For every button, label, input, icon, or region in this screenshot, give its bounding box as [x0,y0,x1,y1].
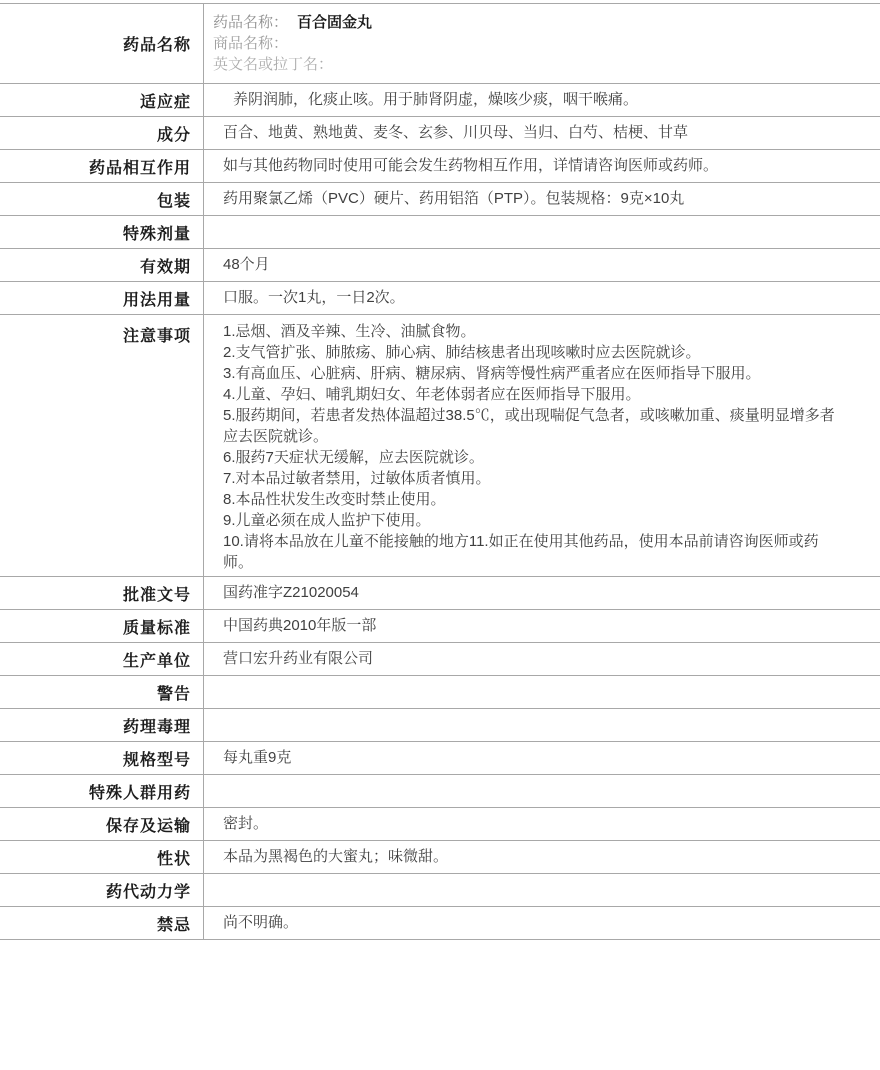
table-row: 质量标准中国药典2010年版一部 [0,610,880,643]
table-row: 有效期48个月 [0,249,880,282]
field-label: 药品名称： [213,14,288,31]
row-label: 药代动力学 [0,874,204,906]
value-text: 国药准字Z21020054 [223,583,880,603]
note-item: 9.儿童必须在成人监护下使用。 [223,510,835,531]
table-row: 药品相互作用如与其他药物同时使用可能会发生药物相互作用，详情请咨询医师或药师。 [0,150,880,183]
row-label: 适应症 [0,84,204,116]
table-row: 包装药用聚氯乙烯（PVC）硬片、药用铝箔（PTP）。包装规格：9克×10丸 [0,183,880,216]
row-value: 药品名称：百合固金丸商品名称：英文名或拉丁名： [204,4,880,83]
row-label: 质量标准 [0,610,204,642]
value-text: 48个月 [223,255,880,275]
field-value: 百合固金丸 [297,14,372,31]
value-text: 药用聚氯乙烯（PVC）硬片、药用铝箔（PTP）。包装规格：9克×10丸 [223,189,880,209]
table-row: 成分百合、地黄、熟地黄、麦冬、玄参、川贝母、当归、白芍、桔梗、甘草 [0,117,880,150]
row-value [204,216,880,248]
table-row: 药理毒理 [0,709,880,742]
row-label: 警告 [0,676,204,708]
drug-name-line: 商品名称： [213,33,880,54]
row-value: 口服。一次1丸，一日2次。 [204,282,880,314]
row-value: 中国药典2010年版一部 [204,610,880,642]
value-text: 密封。 [223,814,880,834]
table-row: 药代动力学 [0,874,880,907]
value-text: 营口宏升药业有限公司 [223,649,880,669]
value-text: 如与其他药物同时使用可能会发生药物相互作用，详情请咨询医师或药师。 [223,156,880,176]
table-row: 性状本品为黑褐色的大蜜丸；味微甜。 [0,841,880,874]
drug-info-table: 药品名称药品名称：百合固金丸商品名称：英文名或拉丁名：适应症养阴润肺，化痰止咳。… [0,3,880,940]
value-text: 每丸重9克 [223,748,880,768]
table-row: 警告 [0,676,880,709]
value-text: 养阴润肺，化痰止咳。用于肺肾阴虚，燥咳少痰，咽干喉痛。 [223,90,880,110]
note-item: 5.服药期间，若患者发热体温超过38.5℃，或出现喘促气急者，或咳嗽加重、痰量明… [223,405,835,447]
drug-name-line: 英文名或拉丁名： [213,54,880,75]
row-label: 注意事项 [0,315,204,576]
value-text: 百合、地黄、熟地黄、麦冬、玄参、川贝母、当归、白芍、桔梗、甘草 [223,123,880,143]
row-value [204,874,880,906]
row-value: 营口宏升药业有限公司 [204,643,880,675]
table-row: 保存及运输密封。 [0,808,880,841]
row-label: 用法用量 [0,282,204,314]
note-item: 8.本品性状发生改变时禁止使用。 [223,489,835,510]
value-text: 本品为黑褐色的大蜜丸；味微甜。 [223,847,880,867]
row-label: 包装 [0,183,204,215]
row-label: 性状 [0,841,204,873]
row-value: 百合、地黄、熟地黄、麦冬、玄参、川贝母、当归、白芍、桔梗、甘草 [204,117,880,149]
row-value: 养阴润肺，化痰止咳。用于肺肾阴虚，燥咳少痰，咽干喉痛。 [204,84,880,116]
row-value: 1.忌烟、酒及辛辣、生冷、油腻食物。2.支气管扩张、肺脓疡、肺心病、肺结核患者出… [204,315,880,576]
row-value [204,676,880,708]
row-label: 特殊剂量 [0,216,204,248]
row-label: 规格型号 [0,742,204,774]
row-value: 国药准字Z21020054 [204,577,880,609]
table-row: 注意事项1.忌烟、酒及辛辣、生冷、油腻食物。2.支气管扩张、肺脓疡、肺心病、肺结… [0,315,880,577]
table-row: 适应症养阴润肺，化痰止咳。用于肺肾阴虚，燥咳少痰，咽干喉痛。 [0,84,880,117]
row-label: 有效期 [0,249,204,281]
note-item: 4.儿童、孕妇、哺乳期妇女、年老体弱者应在医师指导下服用。 [223,384,835,405]
value-text: 尚不明确。 [223,913,880,933]
note-item: 1.忌烟、酒及辛辣、生冷、油腻食物。 [223,321,835,342]
table-row: 生产单位营口宏升药业有限公司 [0,643,880,676]
table-row: 规格型号每丸重9克 [0,742,880,775]
row-value [204,775,880,807]
row-label: 药理毒理 [0,709,204,741]
note-item: 7.对本品过敏者禁用，过敏体质者慎用。 [223,468,835,489]
row-label: 生产单位 [0,643,204,675]
value-text: 中国药典2010年版一部 [223,616,880,636]
table-row: 禁忌尚不明确。 [0,907,880,940]
row-label: 保存及运输 [0,808,204,840]
row-value: 48个月 [204,249,880,281]
table-row: 药品名称药品名称：百合固金丸商品名称：英文名或拉丁名： [0,4,880,84]
table-row: 用法用量口服。一次1丸，一日2次。 [0,282,880,315]
row-label: 特殊人群用药 [0,775,204,807]
row-value: 尚不明确。 [204,907,880,939]
row-value: 本品为黑褐色的大蜜丸；味微甜。 [204,841,880,873]
field-label: 英文名或拉丁名： [213,56,333,73]
row-value: 每丸重9克 [204,742,880,774]
row-label: 药品相互作用 [0,150,204,182]
note-item: 10.请将本品放在儿童不能接触的地方11.如正在使用其他药品，使用本品前请咨询医… [223,531,835,573]
row-value: 药用聚氯乙烯（PVC）硬片、药用铝箔（PTP）。包装规格：9克×10丸 [204,183,880,215]
table-row: 特殊人群用药 [0,775,880,808]
row-value: 密封。 [204,808,880,840]
field-label: 商品名称： [213,35,288,52]
value-text: 口服。一次1丸，一日2次。 [223,288,880,308]
row-label: 成分 [0,117,204,149]
row-label: 药品名称 [0,4,204,83]
note-item: 3.有高血压、心脏病、肝病、糖尿病、肾病等慢性病严重者应在医师指导下服用。 [223,363,835,384]
table-row: 批准文号国药准字Z21020054 [0,577,880,610]
note-item: 6.服药7天症状无缓解，应去医院就诊。 [223,447,835,468]
table-row: 特殊剂量 [0,216,880,249]
row-value [204,709,880,741]
row-label: 批准文号 [0,577,204,609]
drug-name-line: 药品名称：百合固金丸 [213,12,880,33]
row-value: 如与其他药物同时使用可能会发生药物相互作用，详情请咨询医师或药师。 [204,150,880,182]
note-item: 2.支气管扩张、肺脓疡、肺心病、肺结核患者出现咳嗽时应去医院就诊。 [223,342,835,363]
row-label: 禁忌 [0,907,204,939]
